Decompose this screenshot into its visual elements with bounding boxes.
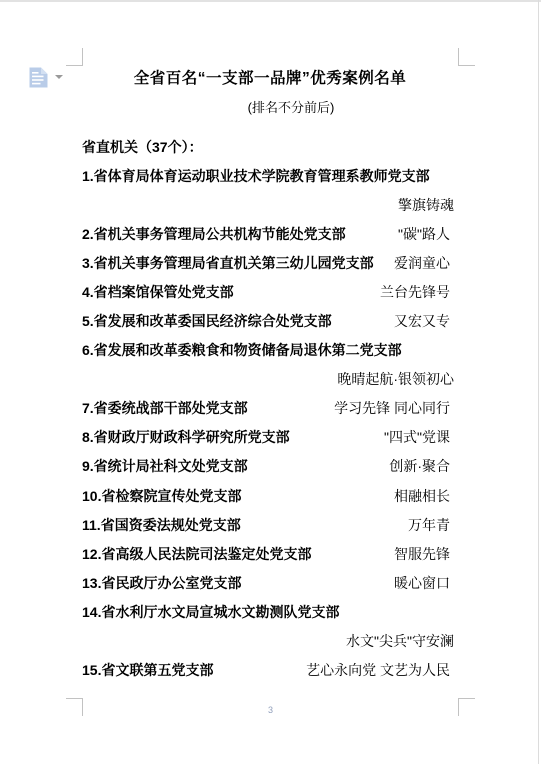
list-item: 7.省委统战部干部处党支部学习先锋 同心同行 bbox=[82, 394, 458, 423]
org-name: 4.省档案馆保管处党支部 bbox=[82, 282, 234, 302]
org-name: 5.省发展和改革委国民经济综合处党支部 bbox=[82, 311, 332, 331]
brand-name: 相融相长 bbox=[394, 486, 458, 506]
brand-name: "四式"党课 bbox=[384, 427, 458, 447]
brand-name: 暖心窗口 bbox=[394, 573, 458, 593]
brand-name: 艺心永向党 文艺为人民 bbox=[306, 660, 458, 680]
list-item: 11.省国资委法规处党支部万年青 bbox=[82, 510, 458, 539]
org-name: 3.省机关事务管理局省直机关第三幼儿园党支部 bbox=[82, 253, 374, 273]
list-item: 12.省高级人民法院司法鉴定处党支部智服先锋 bbox=[82, 539, 458, 568]
list-item: 6.省发展和改革委粮食和物资储备局退休第二党支部 bbox=[82, 336, 458, 365]
org-name: 9.省统计局社科文处党支部 bbox=[82, 456, 248, 476]
brand-name: 智服先锋 bbox=[394, 544, 458, 564]
brand-name: 擎旗铸魂 bbox=[398, 195, 458, 215]
branch-list: 1.省体育局体育运动职业技术学院教育管理系教师党支部擎旗铸魂2.省机关事务管理局… bbox=[82, 161, 458, 685]
document-page: 全省百名“一支部一品牌”优秀案例名单 (排名不分前后) 省直机关（37个）： 1… bbox=[0, 0, 541, 764]
margin-mark-top-left bbox=[66, 48, 83, 66]
page-subtitle: (排名不分前后) bbox=[82, 100, 458, 116]
top-edge-divider bbox=[0, 0, 541, 2]
brand-name: 学习先锋 同心同行 bbox=[334, 398, 458, 418]
page-number: 3 bbox=[0, 705, 541, 715]
org-name: 8.省财政厅财政科学研究所党支部 bbox=[82, 427, 290, 447]
list-item: 4.省档案馆保管处党支部兰台先锋号 bbox=[82, 277, 458, 306]
section-heading: 省直机关（37个）： bbox=[82, 140, 203, 155]
brand-name: 又宏又专 bbox=[394, 311, 458, 331]
org-name: 10.省检察院宣传处党支部 bbox=[82, 486, 241, 506]
org-name: 7.省委统战部干部处党支部 bbox=[82, 398, 248, 418]
list-item: 1.省体育局体育运动职业技术学院教育管理系教师党支部 bbox=[82, 161, 458, 190]
brand-name: 晚晴起航·银领初心 bbox=[337, 369, 458, 389]
brand-name: 万年青 bbox=[408, 515, 458, 535]
brand-name: 兰台先锋号 bbox=[380, 282, 458, 302]
brand-name: "碳"路人 bbox=[398, 224, 458, 244]
margin-mark-top-right bbox=[458, 48, 475, 66]
org-name: 6.省发展和改革委粮食和物资储备局退休第二党支部 bbox=[82, 340, 402, 360]
org-name: 15.省文联第五党支部 bbox=[82, 660, 213, 680]
org-name: 14.省水利厅水文局宣城水文勘测队党支部 bbox=[82, 602, 339, 622]
brand-name: 水文"尖兵"守安澜 bbox=[346, 631, 458, 651]
list-item: 2.省机关事务管理局公共机构节能处党支部"碳"路人 bbox=[82, 219, 458, 248]
list-item: 14.省水利厅水文局宣城水文勘测队党支部 bbox=[82, 597, 458, 626]
org-name: 1.省体育局体育运动职业技术学院教育管理系教师党支部 bbox=[82, 166, 430, 186]
list-item: 10.省检察院宣传处党支部相融相长 bbox=[82, 481, 458, 510]
list-item: 9.省统计局社科文处党支部创新·聚合 bbox=[82, 452, 458, 481]
list-item: 8.省财政厅财政科学研究所党支部"四式"党课 bbox=[82, 423, 458, 452]
list-item-brand-line: 水文"尖兵"守安澜 bbox=[82, 627, 458, 656]
list-item: 3.省机关事务管理局省直机关第三幼儿园党支部爱润童心 bbox=[82, 248, 458, 277]
list-item: 15.省文联第五党支部艺心永向党 文艺为人民 bbox=[82, 656, 458, 685]
list-item-brand-line: 晚晴起航·银领初心 bbox=[82, 365, 458, 394]
org-name: 11.省国资委法规处党支部 bbox=[82, 515, 241, 535]
list-item: 5.省发展和改革委国民经济综合处党支部又宏又专 bbox=[82, 306, 458, 335]
right-edge-divider bbox=[538, 0, 539, 764]
org-name: 13.省民政厅办公室党支部 bbox=[82, 573, 241, 593]
brand-name: 爱润童心 bbox=[394, 253, 458, 273]
page-title: 全省百名“一支部一品牌”优秀案例名单 bbox=[82, 69, 458, 89]
brand-name: 创新·聚合 bbox=[389, 456, 458, 476]
chevron-down-icon[interactable] bbox=[55, 74, 65, 82]
org-name: 12.省高级人民法院司法鉴定处党支部 bbox=[82, 544, 311, 564]
paste-options-button[interactable] bbox=[29, 67, 65, 89]
list-item-brand-line: 擎旗铸魂 bbox=[82, 190, 458, 219]
list-item: 13.省民政厅办公室党支部暖心窗口 bbox=[82, 568, 458, 597]
org-name: 2.省机关事务管理局公共机构节能处党支部 bbox=[82, 224, 346, 244]
